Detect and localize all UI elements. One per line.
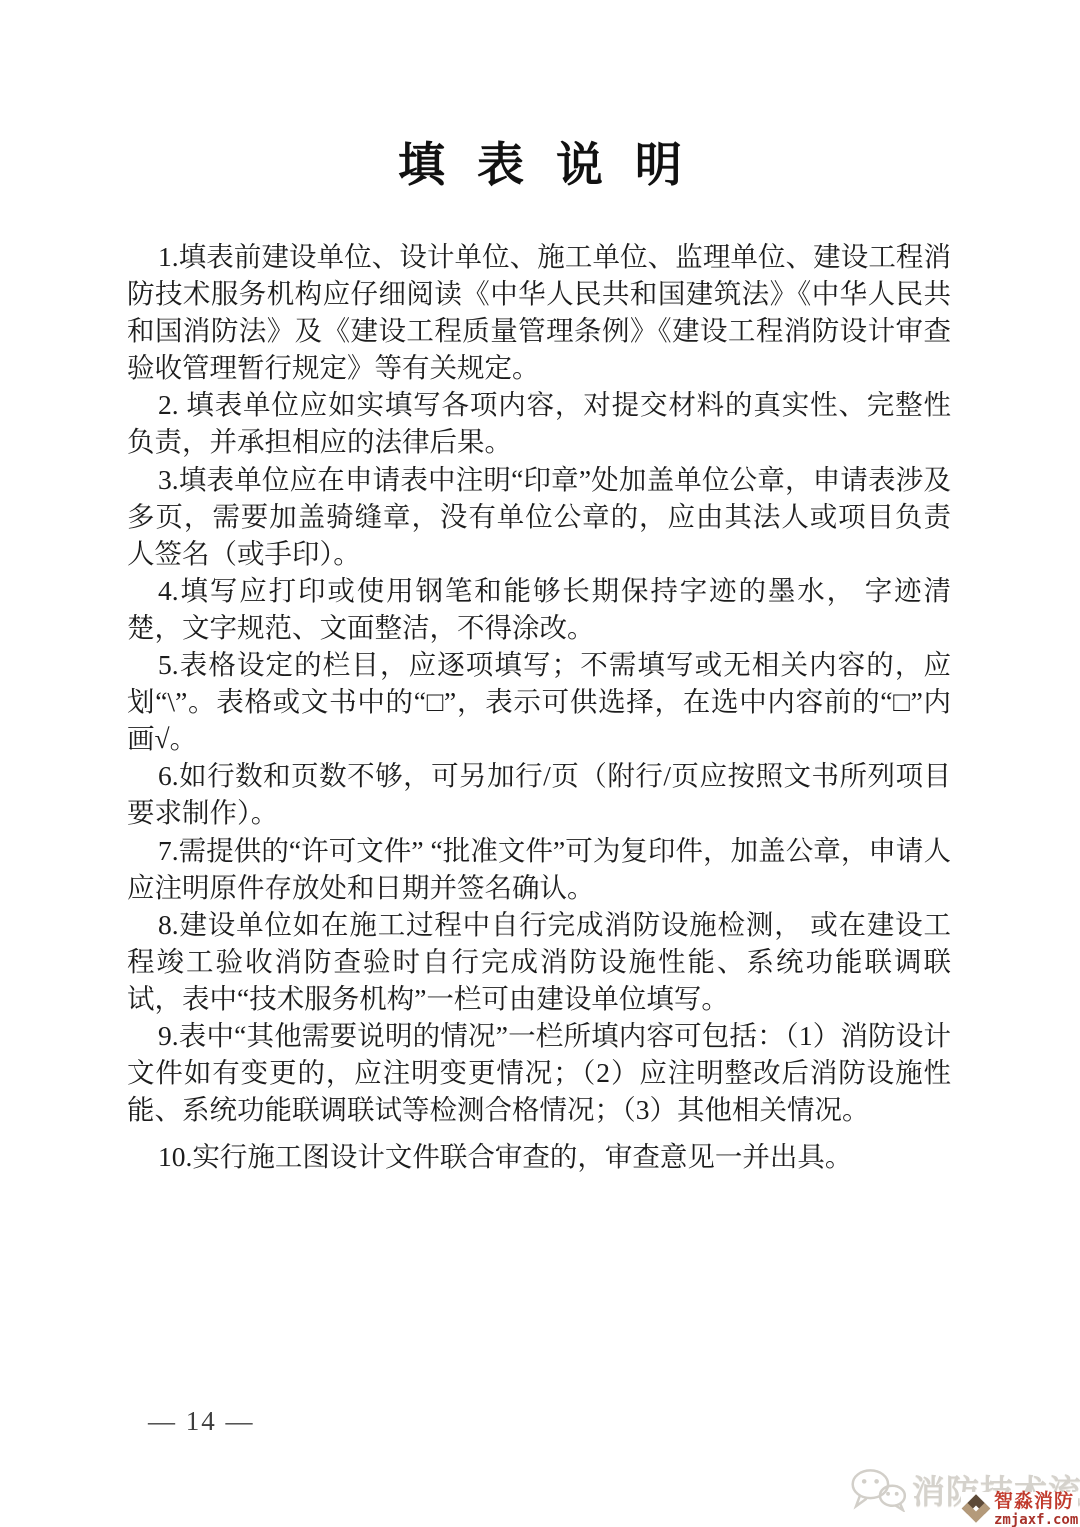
page-title: 填表说明 xyxy=(0,128,1080,195)
diamond-z-logo-icon xyxy=(961,1492,991,1525)
brand-name: 智淼消防 xyxy=(994,1492,1078,1511)
instruction-paragraph: 6.如行数和页数不够，可另加行/页（附行/页应按照文书所列项目要求制作）。 xyxy=(127,757,951,831)
page-number: — 14 — xyxy=(148,1406,255,1437)
wechat-chat-bubbles-icon xyxy=(850,1468,908,1512)
instruction-paragraph: 4.填写应打印或使用钢笔和能够长期保持字迹的墨水， 字迹清楚，文字规范、文面整洁… xyxy=(127,572,951,646)
instruction-paragraph: 8.建设单位如在施工过程中自行完成消防设施检测， 或在建设工程竣工验收消防查验时… xyxy=(127,906,951,1017)
instruction-paragraph: 7.需提供的“许可文件” “批准文件”可为复印件，加盖公章，申请人应注明原件存放… xyxy=(127,832,951,906)
instruction-paragraph: 3.填表单位应在申请表中注明“印章”处加盖单位公章，申请表涉及多页，需要加盖骑缝… xyxy=(127,461,951,572)
brand-url: zmjaxf.com xyxy=(994,1513,1078,1527)
instruction-paragraph: 5.表格设定的栏目，应逐项填写；不需填写或无相关内容的，应划“\”。表格或文书中… xyxy=(127,646,951,757)
document-page: 填表说明 1.填表前建设单位、设计单位、施工单位、监理单位、建设工程消防技术服务… xyxy=(0,0,1080,1527)
instruction-paragraph: 1.填表前建设单位、设计单位、施工单位、监理单位、建设工程消防技术服务机构应仔细… xyxy=(127,238,951,386)
instruction-paragraph: 2. 填表单位应如实填写各项内容，对提交材料的真实性、完整性负责，并承担相应的法… xyxy=(127,386,951,460)
instruction-paragraph: 9.表中“其他需要说明的情况”一栏所填内容可包括：（1）消防设计文件如有变更的，… xyxy=(127,1017,951,1128)
instructions-body: 1.填表前建设单位、设计单位、施工单位、监理单位、建设工程消防技术服务机构应仔细… xyxy=(127,238,951,1175)
brand-watermark: 智淼消防 zmjaxf.com xyxy=(961,1492,1078,1527)
instruction-paragraph: 10.实行施工图设计文件联合审查的，审查意见一并出具。 xyxy=(127,1138,951,1175)
